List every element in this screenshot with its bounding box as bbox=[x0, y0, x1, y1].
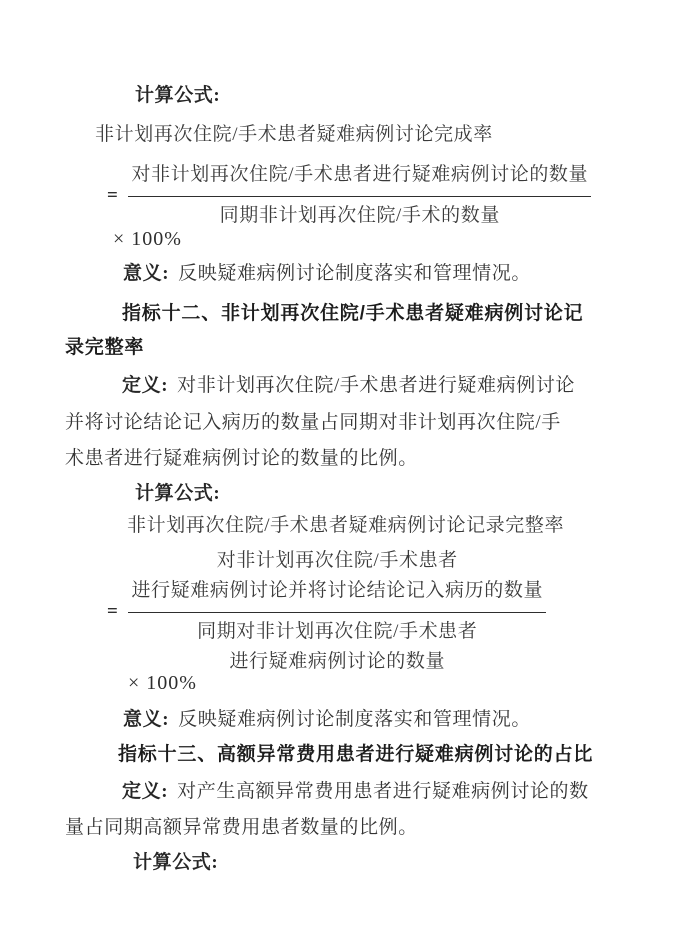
document-page: 计算公式: 非计划再次住院/手术患者疑难病例讨论完成率 = 对非计划再次住院/手… bbox=[0, 0, 673, 952]
fraction-numerator-line1: 对非计划再次住院/手术患者 bbox=[131, 546, 543, 576]
meaning-line-11: 意义:反映疑难病例讨论制度落实和管理情况。 bbox=[123, 263, 531, 284]
definition-line-13-2: 量占同期高额异常费用患者数量的比例。 bbox=[65, 817, 418, 838]
definition-line-12-1: 定义:对非计划再次住院/手术患者进行疑难病例讨论 bbox=[122, 375, 575, 396]
meaning-label: 意义: bbox=[123, 263, 169, 284]
formula-label-13: 计算公式: bbox=[133, 852, 218, 873]
fraction-numerator-line2: 进行疑难病例讨论并将讨论结论记入病历的数量 bbox=[131, 576, 543, 606]
formula-label-12: 计算公式: bbox=[135, 483, 220, 504]
definition-label: 定义: bbox=[122, 375, 168, 396]
fraction-column: 对非计划再次住院/手术患者 进行疑难病例讨论并将讨论结论记入病历的数量 同期对非… bbox=[128, 546, 546, 677]
meaning-line-12: 意义:反映疑难病例讨论制度落实和管理情况。 bbox=[123, 709, 531, 730]
equals-sign: = bbox=[107, 602, 118, 621]
definition-line-12-3: 术患者进行疑难病例讨论的数量的比例。 bbox=[65, 448, 418, 469]
heading-12-line1: 指标十二、非计划再次住院/手术患者疑难病例讨论记 bbox=[122, 303, 583, 324]
meaning-text: 反映疑难病例讨论制度落实和管理情况。 bbox=[178, 263, 531, 284]
fraction-column: 对非计划再次住院/手术患者进行疑难病例讨论的数量 同期非计划再次住院/手术的数量 bbox=[128, 160, 591, 231]
meaning-label: 意义: bbox=[123, 709, 169, 730]
heading-13: 指标十三、高额异常费用患者进行疑难病例讨论的占比 bbox=[118, 744, 593, 765]
meaning-text: 反映疑难病例讨论制度落实和管理情况。 bbox=[178, 709, 531, 730]
fraction-denominator-line1: 同期对非计划再次住院/手术患者 bbox=[128, 617, 546, 647]
multiplier-11: × 100% bbox=[113, 229, 182, 250]
definition-line-12-2: 并将讨论结论记入病历的数量占同期对非计划再次住院/手 bbox=[65, 412, 561, 433]
definition-line-13-1: 定义:对产生高额异常费用患者进行疑难病例讨论的数 bbox=[122, 781, 589, 802]
formula-name-12: 非计划再次住院/手术患者疑难病例讨论记录完整率 bbox=[127, 515, 564, 536]
heading-12-line2: 录完整率 bbox=[65, 337, 144, 358]
definition-label: 定义: bbox=[122, 781, 168, 802]
formula-label-11: 计算公式: bbox=[135, 85, 220, 106]
formula-name-11: 非计划再次住院/手术患者疑难病例讨论完成率 bbox=[95, 124, 493, 145]
definition-text: 对产生高额异常费用患者进行疑难病例讨论的数 bbox=[177, 781, 589, 802]
fraction-numerator: 对非计划再次住院/手术患者进行疑难病例讨论的数量 bbox=[131, 160, 588, 190]
fraction-11: = 对非计划再次住院/手术患者进行疑难病例讨论的数量 同期非计划再次住院/手术的… bbox=[107, 160, 591, 231]
equals-sign: = bbox=[107, 186, 118, 205]
definition-text: 对非计划再次住院/手术患者进行疑难病例讨论 bbox=[177, 375, 575, 396]
multiplier-12: × 100% bbox=[128, 673, 197, 694]
fraction-denominator: 同期非计划再次住院/手术的数量 bbox=[128, 201, 591, 231]
fraction-12: = 对非计划再次住院/手术患者 进行疑难病例讨论并将讨论结论记入病历的数量 同期… bbox=[107, 546, 546, 677]
